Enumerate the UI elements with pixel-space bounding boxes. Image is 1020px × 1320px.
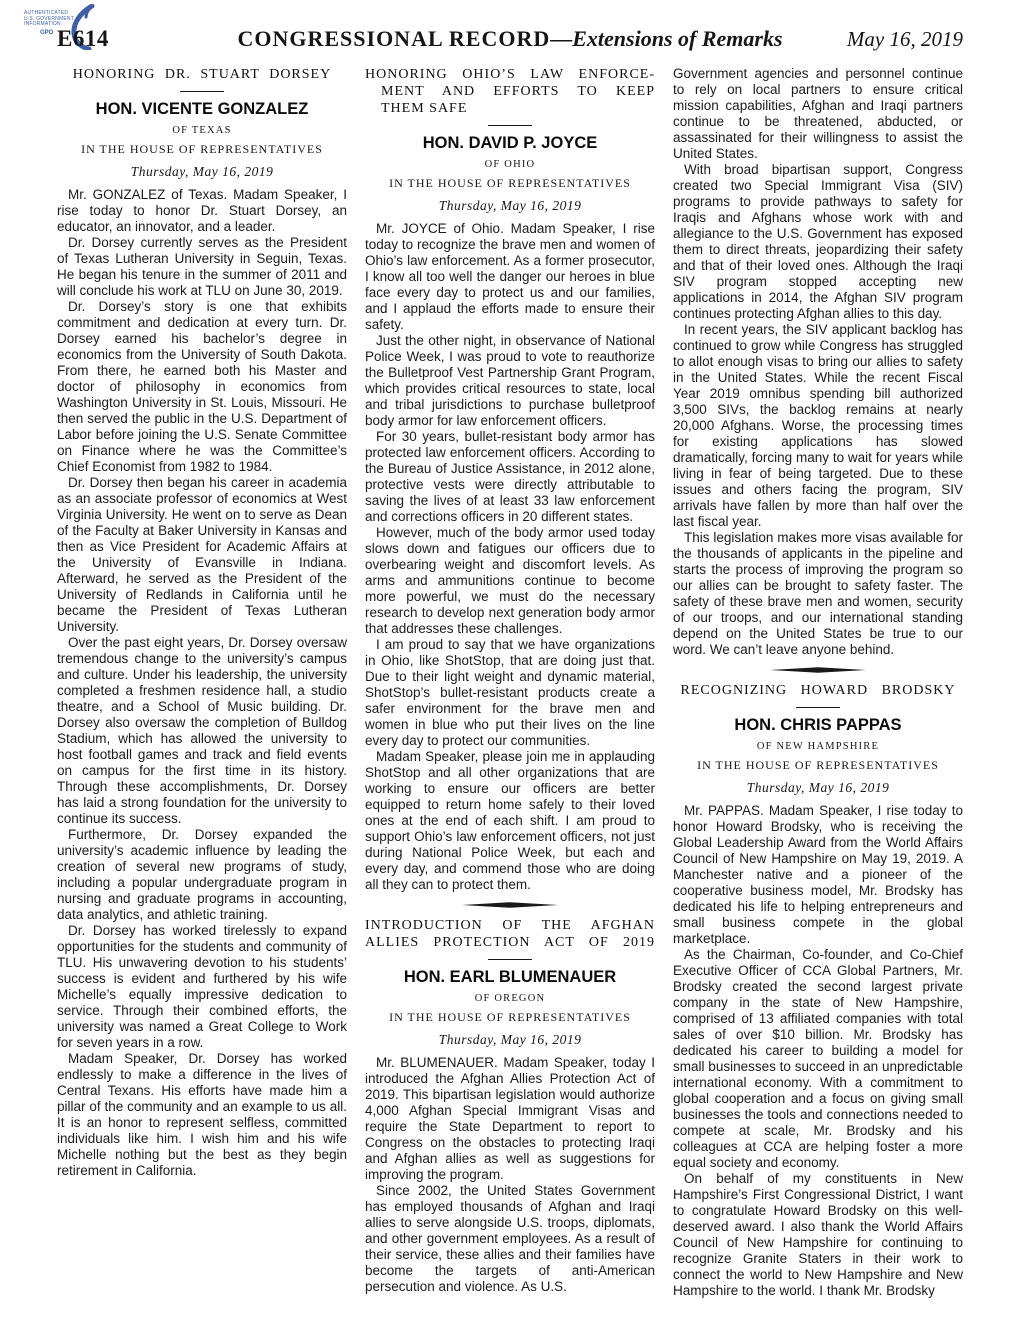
article-title-joyce: HONORING OHIO’S LAW ENFORCE- MENT AND EF… — [365, 66, 655, 117]
speaker-state: OF NEW HAMPSHIRE — [673, 741, 963, 752]
article-title-line: MENT AND EFFORTS TO KEEP — [365, 83, 655, 100]
speaker-name: HON. VICENTE GONZALEZ — [57, 100, 347, 119]
article-title-line: ALLIES PROTECTION ACT OF 2019 — [365, 934, 655, 951]
title-rule — [796, 707, 840, 708]
column-1: HONORING DR. STUART DORSEY HON. VICENTE … — [57, 66, 347, 1299]
article-title-blumenauer: INTRODUCTION OF THE AFGHAN ALLIES PROTEC… — [365, 917, 655, 951]
paragraph: On behalf of my constituents in New Hamp… — [673, 1171, 963, 1299]
page-header: E614 CONGRESSIONAL RECORD—Extensions of … — [57, 26, 963, 52]
journal-title: CONGRESSIONAL RECORD — [237, 26, 550, 51]
paragraph: Just the other night, in observance of N… — [365, 333, 655, 429]
session-date: Thursday, May 16, 2019 — [57, 164, 347, 180]
paragraph: Since 2002, the United States Government… — [365, 1183, 655, 1295]
title-rule — [488, 125, 532, 126]
article-title-line: INTRODUCTION OF THE AFGHAN — [365, 917, 655, 934]
paragraph: Over the past eight years, Dr. Dorsey ov… — [57, 635, 347, 827]
speaker-state: OF OREGON — [365, 993, 655, 1004]
paragraph: This legislation makes more visas availa… — [673, 530, 963, 658]
paragraph: Mr. GONZALEZ of Texas. Madam Speaker, I … — [57, 187, 347, 235]
paragraph: Dr. Dorsey then began his career in acad… — [57, 475, 347, 635]
speaker-state: OF OHIO — [365, 159, 655, 170]
paragraph: Mr. JOYCE of Ohio. Madam Speaker, I rise… — [365, 221, 655, 333]
paragraph: Madam Speaker, please join me in applaud… — [365, 749, 655, 893]
speaker-chamber: IN THE HOUSE OF REPRESENTATIVES — [365, 176, 655, 191]
paragraph: For 30 years, bullet-resistant body armo… — [365, 429, 655, 525]
paragraph: Dr. Dorsey has worked tirelessly to expa… — [57, 923, 347, 1051]
paragraph: Mr. PAPPAS. Madam Speaker, I rise today … — [673, 803, 963, 947]
section-title: Extensions of Remarks — [572, 26, 782, 51]
paragraph: Madam Speaker, Dr. Dorsey has worked end… — [57, 1051, 347, 1179]
section-divider — [770, 667, 866, 673]
speaker-chamber: IN THE HOUSE OF REPRESENTATIVES — [365, 1010, 655, 1025]
article-title-dorsey: HONORING DR. STUART DORSEY — [57, 66, 347, 83]
page-date: May 16, 2019 — [823, 27, 963, 52]
paragraph: With broad bipartisan support, Congress … — [673, 162, 963, 322]
masthead: CONGRESSIONAL RECORD—Extensions of Remar… — [197, 26, 823, 52]
article-title-line: THEM SAFE — [365, 100, 655, 117]
paragraph: Dr. Dorsey’s story is one that exhibits … — [57, 299, 347, 475]
session-date: Thursday, May 16, 2019 — [365, 1032, 655, 1048]
three-column-layout: HONORING DR. STUART DORSEY HON. VICENTE … — [57, 66, 963, 1299]
paragraph-continuation: Government agencies and personnel contin… — [673, 66, 963, 162]
speaker-name: HON. EARL BLUMENAUER — [365, 968, 655, 987]
seal-gpo-label: GPO — [40, 30, 53, 36]
title-rule — [180, 91, 224, 92]
session-date: Thursday, May 16, 2019 — [673, 780, 963, 796]
paragraph: Dr. Dorsey currently serves as the Presi… — [57, 235, 347, 299]
masthead-dash: — — [550, 26, 572, 51]
speaker-name: HON. CHRIS PAPPAS — [673, 716, 963, 735]
speaker-chamber: IN THE HOUSE OF REPRESENTATIVES — [673, 758, 963, 773]
paragraph: However, much of the body armor used tod… — [365, 525, 655, 637]
page-number: E614 — [57, 26, 197, 52]
column-2: HONORING OHIO’S LAW ENFORCE- MENT AND EF… — [365, 66, 655, 1299]
congressional-record-page: AUTHENTICATED U.S. GOVERNMENT INFORMATIO… — [0, 0, 1020, 1320]
paragraph: As the Chairman, Co-founder, and Co-Chie… — [673, 947, 963, 1171]
article-title-pappas: RECOGNIZING HOWARD BRODSKY — [673, 682, 963, 699]
speaker-chamber: IN THE HOUSE OF REPRESENTATIVES — [57, 142, 347, 157]
paragraph: Mr. BLUMENAUER. Madam Speaker, today I i… — [365, 1055, 655, 1183]
paragraph: I am proud to say that we have organizat… — [365, 637, 655, 749]
speaker-state: OF TEXAS — [57, 125, 347, 136]
title-rule — [488, 959, 532, 960]
speaker-name: HON. DAVID P. JOYCE — [365, 134, 655, 153]
paragraph: In recent years, the SIV applicant backl… — [673, 322, 963, 530]
section-divider — [462, 902, 558, 908]
article-title-line: HONORING OHIO’S LAW ENFORCE- — [365, 66, 655, 83]
paragraph: Furthermore, Dr. Dorsey expanded the uni… — [57, 827, 347, 923]
session-date: Thursday, May 16, 2019 — [365, 198, 655, 214]
column-3: Government agencies and personnel contin… — [673, 66, 963, 1299]
